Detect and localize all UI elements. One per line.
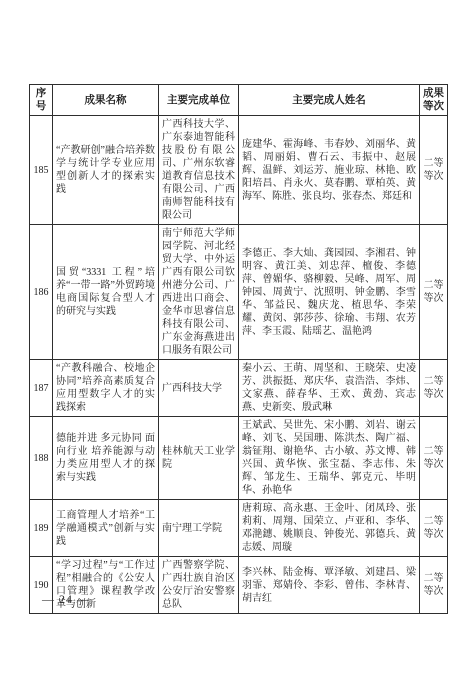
cell-level: 二等等次 <box>420 557 448 614</box>
cell-serial-number: 185 <box>30 116 53 225</box>
cell-people: 王斌武、吴世先、宋小鹏、刘岩、谢云峰、刘飞、吴国珊、陈洪杰、陶广福、翁钲翔、谢艳… <box>239 417 420 500</box>
cell-people: 李兴林、陆金梅、覃泽敏、刘建昌、梁羽霏、郑婧伶、李彩、曾伟、李林青、胡吉红 <box>239 557 420 614</box>
cell-unit: 桂林航天工业学院 <box>159 417 239 500</box>
table-header-row: 序号 成果名称 主要完成单位 主要完成人姓名 成果等次 <box>30 85 448 116</box>
cell-serial-number: 187 <box>30 360 53 417</box>
cell-serial-number: 188 <box>30 417 53 500</box>
cell-level: 二等等次 <box>420 417 448 500</box>
cell-serial-number: 186 <box>30 225 53 360</box>
cell-unit: 南宁师范大学师园学院、河北经贸大学、中外运广西有限公司钦州港分公司、广西进出口商… <box>159 225 239 360</box>
table-row: 190 “学习过程”与“工作过程”相融合的《公安人口管理》课程教学改革与创新 广… <box>30 557 448 614</box>
cell-achievement-name: 德能并进 多元协同 面向行业 培养能源与动力类应用型人才的探索与实践 <box>53 417 159 500</box>
table-row: 189 工商管理人才培养“工学融通模式”创新与实践 南宁理工学院 唐莉琼、高永惠… <box>30 500 448 557</box>
cell-level: 二等等次 <box>420 116 448 225</box>
cell-unit: 南宁理工学院 <box>159 500 239 557</box>
table-row: 187 “产教科融合、校地企协同”培养高素质复合应用型数字人才的实践探索 广西科… <box>30 360 448 417</box>
cell-achievement-name: 工商管理人才培养“工学融通模式”创新与实践 <box>53 500 159 557</box>
table-row: 186 国贸“3331 工程”培养“一带一路”外贸跨境电商国际复合型人才的研究与… <box>30 225 448 360</box>
cell-people: 李德正、李大灿、龚园园、李湘君、钟明容、黄江美、刘忠萍、檀俊、李德萍、曾媚华、骆… <box>239 225 420 360</box>
col-header-people: 主要完成人姓名 <box>239 85 420 116</box>
col-header-level: 成果等次 <box>420 85 448 116</box>
cell-level: 二等等次 <box>420 225 448 360</box>
table-row: 188 德能并进 多元协同 面向行业 培养能源与动力类应用型人才的探索与实践 桂… <box>30 417 448 500</box>
cell-people: 秦小云、王萌、周坚和、王晓荣、史凌芳、洪振挺、郑庆华、袁浩浩、李炜、文家燕、薛春… <box>239 360 420 417</box>
achievements-table: 序号 成果名称 主要完成单位 主要完成人姓名 成果等次 185 “产教研创”融合… <box>29 84 448 614</box>
cell-serial-number: 189 <box>30 500 53 557</box>
cell-people: 唐莉琼、高永惠、王金叶、闭凤玲、张莉莉、周翔、国荣立、卢亚和、李华、邓滟鏸、姚顺… <box>239 500 420 557</box>
cell-level: 二等等次 <box>420 500 448 557</box>
page-number: — 24 — <box>42 592 90 607</box>
cell-unit: 广西科技大学 <box>159 360 239 417</box>
table-row: 185 “产教研创”融合培养数学与统计学专业应用型创新人才的探索实践 广西科技大… <box>30 116 448 225</box>
cell-unit: 广西警察学院、广西壮族自治区公安厅治安警察总队 <box>159 557 239 614</box>
col-header-serial: 序号 <box>30 85 53 116</box>
cell-people: 庞建华、霍海峰、韦春妙、刘丽华、黄韬、周丽娟、曹石云、韦振中、赵展辉、温鲜、刘运… <box>239 116 420 225</box>
cell-achievement-name: “产教科融合、校地企协同”培养高素质复合应用型数字人才的实践探索 <box>53 360 159 417</box>
cell-unit: 广西科技大学、广东泰迪智能科技股份有限公司、广州东软睿道教育信息技术有限公司、广… <box>159 116 239 225</box>
cell-achievement-name: 国贸“3331 工程”培养“一带一路”外贸跨境电商国际复合型人才的研究与实践 <box>53 225 159 360</box>
cell-level: 二等等次 <box>420 360 448 417</box>
cell-achievement-name: “产教研创”融合培养数学与统计学专业应用型创新人才的探索实践 <box>53 116 159 225</box>
col-header-achievement-name: 成果名称 <box>53 85 159 116</box>
document-page: 序号 成果名称 主要完成单位 主要完成人姓名 成果等次 185 “产教研创”融合… <box>0 0 476 687</box>
col-header-unit: 主要完成单位 <box>159 85 239 116</box>
